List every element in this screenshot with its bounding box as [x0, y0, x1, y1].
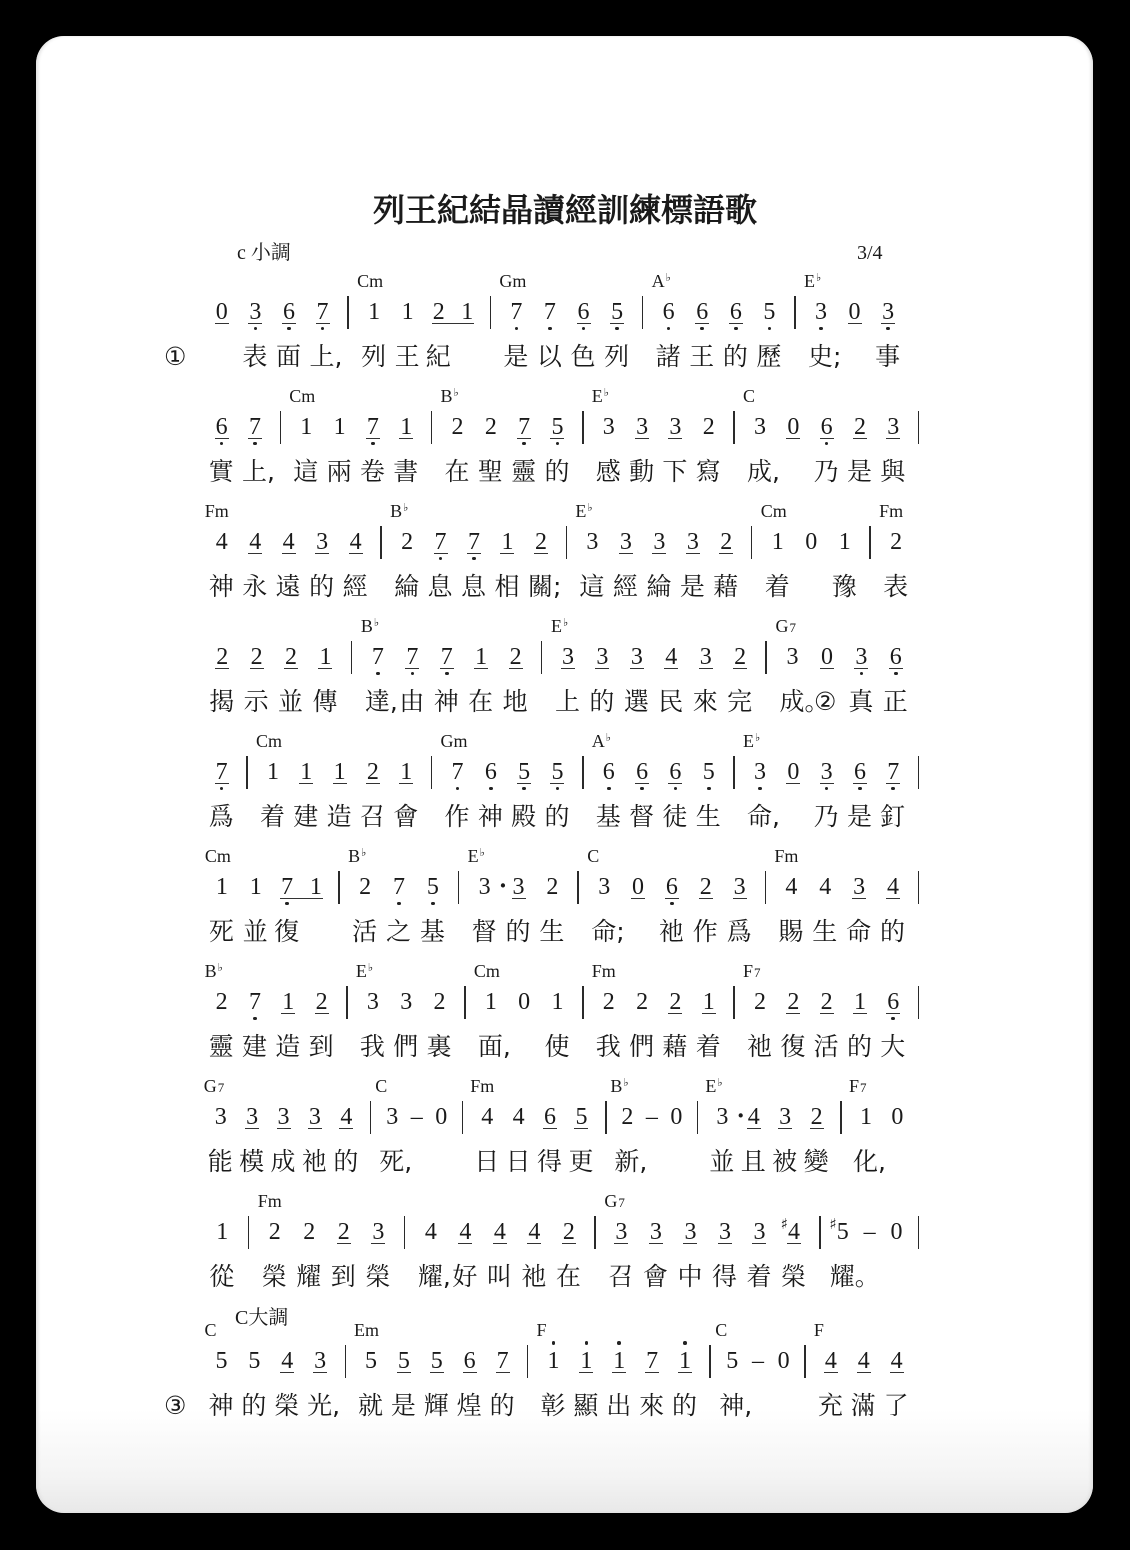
chord-root: Fm — [470, 1076, 494, 1096]
beam-underline — [299, 783, 313, 784]
note-glyph: 4 — [818, 873, 832, 901]
note: – — [405, 1074, 430, 1189]
lyric-syllable: 光, — [307, 1391, 340, 1421]
lyric-syllable: 我 — [360, 1032, 385, 1062]
chord-root: F — [849, 1076, 859, 1096]
note-digit: 6 — [216, 414, 228, 440]
lyric-syllable: 的 — [672, 1391, 697, 1421]
lower-octave-dot — [556, 442, 560, 446]
note-digit: 1 — [839, 529, 851, 555]
rest-digit: 0 — [670, 1104, 682, 1130]
chord-root: Fm — [258, 1191, 282, 1211]
beam-underline — [786, 783, 800, 784]
note: 3被 — [769, 1074, 800, 1189]
note: 4且 — [738, 1074, 769, 1189]
note-digit: 2 — [700, 874, 712, 900]
note-digit: 3 — [562, 644, 574, 670]
note-glyph: 1 — [771, 528, 785, 556]
flat-icon: ♭ — [454, 386, 459, 399]
lyric-syllable: 書 — [393, 457, 418, 487]
beam-underline — [215, 668, 229, 669]
barline — [454, 1074, 472, 1189]
beam-underline — [250, 668, 264, 669]
note-glyph: 4 — [527, 1218, 541, 1246]
note-digit: 2 — [216, 989, 228, 1015]
beam-underline — [399, 438, 413, 439]
note-glyph: 5 — [430, 1347, 444, 1375]
note-digit: 4 — [665, 644, 677, 670]
note-glyph: 3 — [699, 643, 713, 671]
lyric-syllable: 之 — [386, 917, 411, 947]
lyric-syllable: 經 — [343, 572, 368, 602]
note-glyph: 2 — [534, 528, 548, 556]
lyric-syllable: 藉 — [713, 572, 738, 602]
lyric-syllable: 感 — [596, 457, 621, 487]
barline — [396, 1189, 414, 1304]
staff-row: ③C大調C5神5的4榮3光,Em5就5是5輝6煌7的F1彰1顯1出7來1的C5神… — [205, 1318, 928, 1433]
staff-line: C5神5的4榮3光,Em5就5是5輝6煌7的F1彰1顯1出7來1的C5神,–0F… — [205, 1318, 913, 1433]
note: E♭3·督 — [468, 844, 502, 959]
beam-underline — [824, 1372, 838, 1373]
note: 4耀, — [414, 1189, 449, 1304]
beam-underline — [493, 1243, 507, 1244]
rest-digit: 0 — [216, 299, 228, 325]
note-digit: 2 — [401, 529, 413, 555]
beam-underline — [664, 668, 678, 669]
note-digit: 6 — [890, 644, 902, 670]
barline — [786, 269, 804, 384]
lyric-syllable: 列 — [604, 342, 629, 372]
lower-octave-dot — [819, 327, 823, 331]
note-digit: 3 — [246, 1104, 258, 1130]
barline — [586, 1189, 604, 1304]
note-digit: 4 — [788, 1219, 800, 1245]
barline — [796, 1318, 814, 1433]
lyric-syllable: 諸 — [656, 342, 681, 372]
lyric-syllable: 民 — [658, 687, 683, 717]
note-digit: 6 — [636, 759, 648, 785]
note: 5的 — [541, 384, 574, 499]
note-digit: 3 — [754, 414, 766, 440]
note-glyph: 1 — [299, 413, 313, 441]
note-glyph: 1 — [579, 1347, 593, 1375]
lyric-syllable: 着 — [696, 1032, 721, 1062]
beam-underline — [543, 1128, 557, 1129]
note: Gm7是 — [500, 269, 534, 384]
lower-octave-dot — [768, 327, 772, 331]
lyric-syllable: 經 — [613, 572, 638, 602]
note-digit: 6 — [854, 759, 866, 785]
note-digit: 4 — [283, 529, 295, 555]
note-glyph: 2 — [702, 413, 716, 441]
lyric-syllable: 是 — [847, 802, 872, 832]
note-glyph: 3 — [614, 1218, 628, 1246]
note-glyph: 0 — [669, 1103, 683, 1131]
barline — [574, 384, 592, 499]
note-glyph: 1 — [678, 1347, 692, 1375]
lyric-syllable: 成 — [271, 1147, 296, 1177]
beam-underline — [853, 438, 867, 439]
note: 2生 — [535, 844, 569, 959]
lower-octave-dot — [707, 787, 711, 791]
note: 3會 — [639, 1189, 674, 1304]
note-digit: 3 — [249, 299, 261, 325]
note-glyph: 1 — [612, 1347, 626, 1375]
chord-extension: 7 — [754, 965, 761, 980]
staff-row: Fm4神4永4遠3的4經B♭2綸7息7息1相2關;E♭3這3經3綸3是2藉Cm1… — [205, 499, 928, 614]
note-glyph: 2 — [451, 413, 465, 441]
note-digit: 6 — [730, 299, 742, 325]
note-digit: 3 — [669, 414, 681, 440]
lyric-syllable: 釘 — [880, 802, 905, 832]
note-glyph: 5 — [517, 758, 531, 786]
note-digit: 1 — [300, 759, 312, 785]
staff-row: B♭2靈7建1造2到E♭3我3們2裏Cm1面,01使Fm2我2們2藉1着F72祂… — [205, 959, 928, 1074]
beam-underline — [316, 323, 330, 324]
lyric-syllable: 真 — [848, 687, 873, 717]
beam-underline — [574, 1128, 588, 1129]
note-digit: 3 — [653, 529, 665, 555]
note-digit: 6 — [666, 874, 678, 900]
note-digit: 7 — [406, 644, 418, 670]
chord-root: Fm — [879, 501, 903, 521]
note: 6面 — [272, 269, 306, 384]
lyric-syllable: 綸 — [646, 572, 671, 602]
note-digit: 1 — [461, 299, 473, 325]
chord-root: E — [575, 501, 586, 521]
note-glyph: 5 — [550, 413, 564, 441]
note-glyph: 4 — [747, 1103, 761, 1131]
chord-root: E — [804, 271, 815, 291]
note-glyph: 2 — [337, 1218, 351, 1246]
note-digit: 2 — [754, 989, 766, 1015]
lyric-syllable: 在 — [556, 1262, 581, 1292]
chord-symbol: C — [587, 846, 599, 866]
beam-underline — [665, 898, 679, 899]
note: 4永 — [238, 499, 271, 614]
note: 3下 — [659, 384, 692, 499]
note: 1出 — [603, 1318, 636, 1433]
chord-root: E — [468, 846, 479, 866]
note-digit: 3 — [821, 759, 833, 785]
note-glyph: 4 — [339, 1103, 353, 1131]
lyric-syllable: 王 — [689, 342, 714, 372]
note-digit: 1 — [400, 414, 412, 440]
note-digit: 6 — [663, 299, 675, 325]
note: 4生 — [808, 844, 842, 959]
note-glyph: 1 — [299, 758, 313, 786]
note-glyph: 3 — [852, 873, 866, 901]
lyric-syllable: 到 — [331, 1262, 356, 1292]
beam-underline — [635, 438, 649, 439]
lyric-syllable: 着 — [765, 572, 790, 602]
note: 7上, — [306, 269, 340, 384]
chord-symbol: E♭ — [551, 616, 568, 636]
note: 5基 — [416, 844, 450, 959]
note-glyph: 3 — [585, 528, 599, 556]
chord-root: F — [814, 1320, 824, 1340]
note: 2耀 — [292, 1189, 327, 1304]
lyric-syllable: 榮 — [274, 1391, 299, 1421]
note-digit: 2 — [316, 989, 328, 1015]
note: 3是 — [676, 499, 709, 614]
note: C5神, — [719, 1318, 745, 1433]
lower-octave-dot — [700, 327, 704, 331]
note-digit: 7 — [510, 299, 522, 325]
beam-underline — [786, 438, 800, 439]
note: 3得 — [708, 1189, 743, 1304]
barline — [574, 959, 592, 1074]
lyric-syllable: 的 — [241, 1391, 266, 1421]
note-digit: 1 — [703, 989, 715, 1015]
note: 3經 — [609, 499, 642, 614]
chord-symbol: G7 — [604, 1191, 625, 1213]
lyric-syllable: 的 — [506, 917, 531, 947]
note-glyph: 2 — [786, 988, 800, 1016]
rest-digit: 0 — [849, 299, 861, 325]
lyric-syllable: 神 — [208, 1391, 233, 1421]
lyric-syllable: 會 — [393, 802, 418, 832]
note-glyph: 3 — [313, 1347, 327, 1375]
note: 1相 — [491, 499, 524, 614]
note: 2是 — [843, 384, 876, 499]
beam-underline — [787, 1243, 801, 1244]
barline — [519, 1318, 537, 1433]
note: 5更 — [566, 1074, 597, 1189]
lower-octave-dot — [472, 557, 476, 561]
note: 4了 — [880, 1318, 913, 1433]
note-glyph: 1 — [309, 873, 323, 901]
note-digit: 1 — [216, 874, 228, 900]
note: 1造 — [272, 959, 305, 1074]
flat-icon: ♭ — [816, 271, 821, 284]
note: 5是 — [387, 1318, 420, 1433]
lyric-syllable: 紀 — [426, 342, 451, 372]
note-digit: 3 — [400, 989, 412, 1015]
barline — [423, 729, 441, 844]
note-glyph: 1 — [550, 988, 564, 1016]
beam-underline — [577, 323, 591, 324]
note-digit: 3 — [853, 874, 865, 900]
note: 3祂 — [299, 1074, 330, 1189]
note-glyph: 6 — [668, 758, 682, 786]
lower-octave-dot — [858, 787, 862, 791]
note-glyph: 3 — [733, 873, 747, 901]
lower-octave-dot — [522, 787, 526, 791]
note-digit: 4 — [494, 1219, 506, 1245]
chord-symbol: C — [375, 1076, 387, 1096]
note-glyph: 7 — [405, 643, 419, 671]
staff-row: 7爲Cm1着1建1造2召1會Gm7作6神5殿5的A♭6基6督6徒5生E♭3命,0… — [205, 729, 928, 844]
flat-icon: ♭ — [374, 616, 379, 629]
note: 6徒 — [659, 729, 692, 844]
beam-underline — [889, 668, 903, 669]
note: 0 — [883, 1189, 910, 1304]
note: 1從 — [205, 1189, 240, 1304]
note-glyph: 2 — [484, 413, 498, 441]
upper-octave-dot — [552, 1341, 556, 1345]
flat-icon: ♭ — [368, 961, 373, 974]
note-digit: 4 — [216, 529, 228, 555]
note-glyph: 6 — [662, 298, 676, 326]
beam-underline — [729, 323, 743, 324]
lyric-syllable: 復 — [780, 1032, 805, 1062]
chord-symbol: F7 — [849, 1076, 867, 1098]
beam-underline — [699, 668, 713, 669]
lyric-syllable: 榮 — [365, 1262, 390, 1292]
lyric-syllable: 表 — [242, 342, 267, 372]
chord-symbol: A♭ — [652, 271, 671, 291]
lyric-syllable: 死 — [209, 917, 234, 947]
note-digit: 1 — [475, 644, 487, 670]
beam-underline — [248, 553, 262, 554]
note-glyph: 3 — [371, 1218, 385, 1246]
note-digit: 3 — [700, 644, 712, 670]
beam-underline — [517, 783, 531, 784]
note: F4充 — [814, 1318, 847, 1433]
lower-octave-dot — [376, 672, 380, 676]
sharp-icon: ♯ — [781, 1214, 788, 1234]
note: 2活 — [810, 959, 843, 1074]
note-digit: 4 — [513, 1104, 525, 1130]
beam-underline — [820, 1013, 834, 1014]
note-glyph: 2 — [602, 988, 616, 1016]
lower-octave-dot — [287, 327, 291, 331]
lyric-syllable: 榮 — [781, 1262, 806, 1292]
note-glyph: 1 — [399, 758, 413, 786]
barline — [634, 269, 652, 384]
staff-line: 1從Fm2榮2耀2到3榮4耀,4好4叫4祂2在G73召3會3中3得3着♯4榮♯5… — [205, 1189, 928, 1304]
note-glyph: 3 — [683, 1218, 697, 1246]
beam-underline — [733, 898, 747, 899]
chord-root: Cm — [205, 846, 231, 866]
chord-symbol: B♭ — [205, 961, 223, 981]
note-digit: 1 — [400, 759, 412, 785]
note: E♭3·並 — [707, 1074, 738, 1189]
lyric-syllable: 藉 — [662, 1032, 687, 1062]
beam-underline — [366, 783, 380, 784]
lyric-syllable: 到 — [309, 1032, 334, 1062]
note-glyph: 3 — [652, 528, 666, 556]
note-glyph: – — [751, 1347, 765, 1375]
lower-octave-dot — [489, 787, 493, 791]
lyric-syllable: 得 — [712, 1262, 737, 1292]
note-glyph: 3 — [366, 988, 380, 1016]
note: 6大 — [877, 959, 910, 1074]
note: 2揭 — [205, 614, 239, 729]
lyric-syllable: 這 — [579, 572, 604, 602]
lyric-syllable: 靈 — [511, 457, 536, 487]
note-digit: 1 — [267, 759, 279, 785]
note: 5輝 — [420, 1318, 453, 1433]
chord-root: G — [204, 1076, 217, 1096]
beam-underline — [890, 1372, 904, 1373]
chord-symbol: E♭ — [592, 386, 609, 406]
barline — [574, 729, 592, 844]
sustain-dash: – — [646, 1104, 658, 1130]
lyric-syllable: 息 — [461, 572, 486, 602]
note-digit: 5 — [551, 759, 563, 785]
note: Fm4神 — [205, 499, 238, 614]
note-glyph: 1 — [266, 758, 280, 786]
chord-symbol: Fm — [470, 1076, 494, 1096]
beam-underline — [405, 668, 419, 669]
note-digit: 3 — [386, 1104, 398, 1130]
chord-extension: 7 — [218, 1080, 225, 1095]
beam-underline — [349, 553, 363, 554]
note-digit: 1 — [282, 989, 294, 1015]
lyric-syllable: 表 — [883, 572, 908, 602]
barline — [423, 384, 441, 499]
beam-underline — [635, 783, 649, 784]
note: 3綸 — [643, 499, 676, 614]
flat-icon: ♭ — [666, 271, 671, 284]
chord-symbol: Cm — [761, 501, 787, 521]
lyric-syllable: 召 — [608, 1262, 633, 1292]
note-digit: 1 — [300, 414, 312, 440]
note-glyph: 3 — [245, 1103, 259, 1131]
note-digit: 2 — [890, 529, 902, 555]
note: 4民 — [654, 614, 688, 729]
note-glyph: 3 — [778, 1103, 792, 1131]
beam-underline — [619, 553, 633, 554]
barline — [238, 729, 256, 844]
beam-underline — [333, 783, 347, 784]
note: 2裏 — [423, 959, 456, 1074]
lyric-syllable: 相 — [494, 572, 519, 602]
note: 3真 — [844, 614, 878, 729]
note: 7復 — [273, 844, 302, 959]
beam-underline — [786, 1013, 800, 1014]
chord-root: E — [356, 961, 367, 981]
note: 4祂 — [517, 1189, 552, 1304]
note: 0 — [795, 499, 828, 614]
note-glyph: 7 — [543, 298, 557, 326]
lower-octave-dot — [397, 902, 401, 906]
note-glyph: 3 — [686, 528, 700, 556]
note-digit: 3 — [309, 1104, 321, 1130]
note-digit: 2 — [603, 989, 615, 1015]
note-glyph: 7 — [467, 528, 481, 556]
chord-symbol: Fm — [205, 501, 229, 521]
note-glyph: 3 — [635, 413, 649, 441]
lyric-syllable: 寫 — [696, 457, 721, 487]
note-glyph: 5 — [426, 873, 440, 901]
lower-octave-dot — [891, 1017, 895, 1021]
note-glyph: 4 — [886, 873, 900, 901]
barline — [725, 384, 743, 499]
note-digit: 3 — [636, 414, 648, 440]
lyric-syllable: 叫 — [487, 1262, 512, 1292]
note-digit: 5 — [551, 414, 563, 440]
barline — [338, 959, 356, 1074]
lyric-syllable: 的 — [333, 1147, 358, 1177]
lyric-syllable: 基 — [596, 802, 621, 832]
note-glyph: 3 — [718, 1218, 732, 1246]
note: 2寫 — [692, 384, 725, 499]
note-digit: 1 — [547, 1348, 559, 1374]
note-digit: 4 — [350, 529, 362, 555]
note-glyph: 4 — [282, 528, 296, 556]
note-digit: 1 — [334, 414, 346, 440]
beam-underline — [315, 1013, 329, 1014]
note-digit: 1 — [485, 989, 497, 1015]
lyric-syllable: 命, — [747, 802, 780, 832]
beam-underline — [458, 1243, 472, 1244]
barline — [811, 1189, 829, 1304]
beam-underline — [534, 553, 548, 554]
note: 2們 — [625, 959, 658, 1074]
